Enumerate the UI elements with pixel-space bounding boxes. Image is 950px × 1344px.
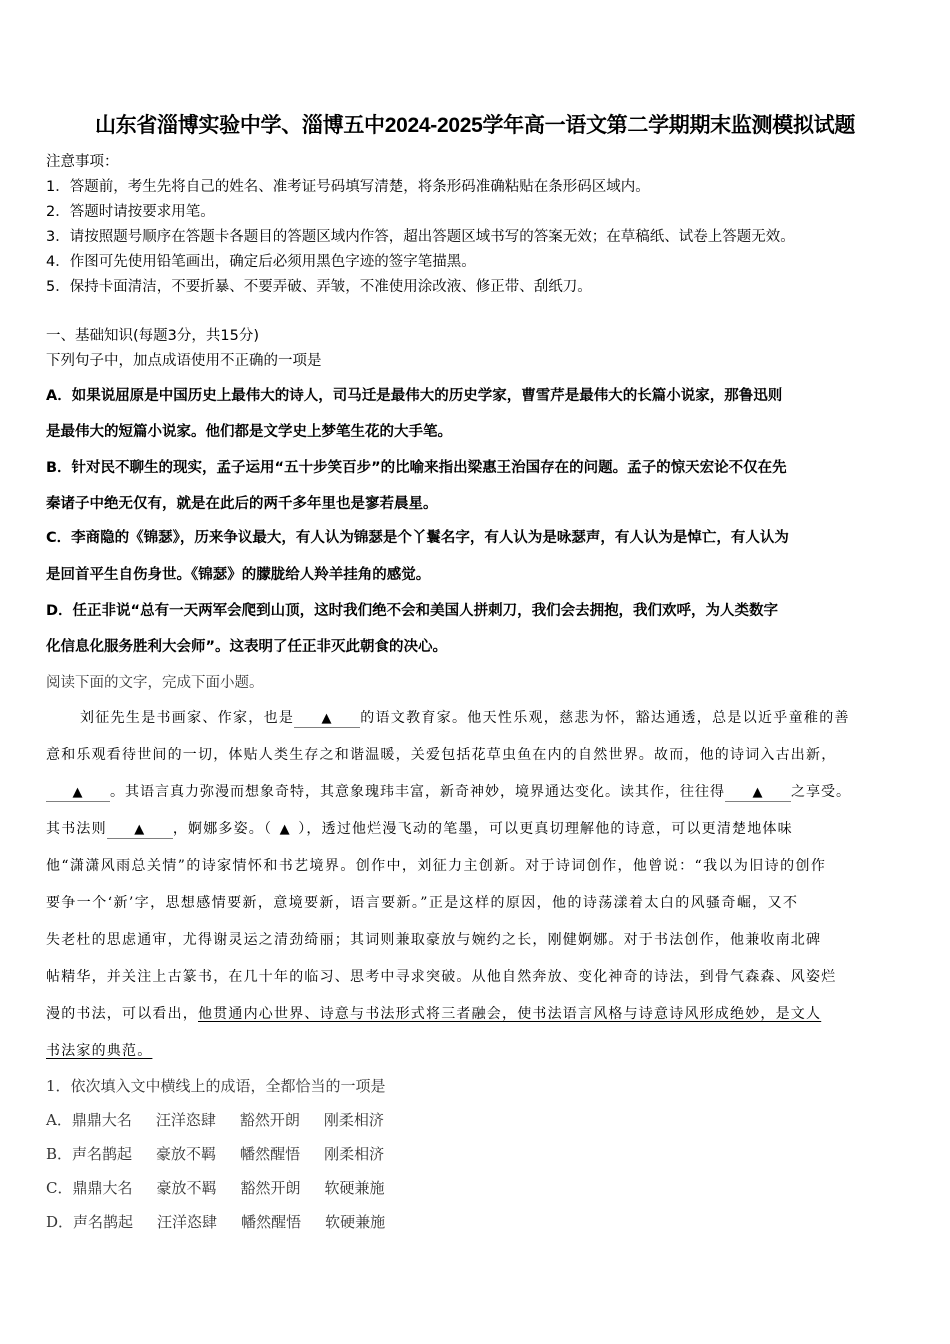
passage-line: 书法家的典范。 <box>46 1041 152 1061</box>
passage-line: 帖精华，并关注上古篆书，在几十年的临习、思考中寻求突破。从他自然奔放、变化神奇的… <box>46 967 836 987</box>
underlined-sentence-end: 书法家的典范。 <box>46 1043 152 1059</box>
passage-line: 其书法则▲，婀娜多姿。（▲），透过他烂漫飞动的笔墨，可以更真切理解他的诗意，可以… <box>46 819 793 840</box>
passage-line: 漫的书法，可以看出，他贯通内心世界、诗意与书法形式将三者融会，使书法语言风格与诗… <box>46 1004 821 1024</box>
notice-heading: 注意事项： <box>46 152 119 172</box>
notice-item: 2．答题时请按要求用笔。 <box>46 202 215 222</box>
passage-line: ▲。其语言真力弥漫而想象奇特，其意象瑰玮丰富，新奇神妙，境界通达变化。读其作，往… <box>46 782 851 802</box>
blank-4: ▲ <box>107 821 173 839</box>
underlined-sentence: 他贯通内心世界、诗意与书法形式将三者融会，使书法语言风格与诗意诗风形成绝妙，是文… <box>198 1006 821 1022</box>
triangle-marker-icon: ▲ <box>322 711 333 727</box>
option-b-line1: B．针对民不聊生的现实，孟子运用“五十步笑百步”的比喻来指出梁惠王治国存在的问题… <box>46 458 787 478</box>
q1-option-a: A．鼎鼎大名汪洋恣肆豁然开朗刚柔相济 <box>46 1110 408 1130</box>
option-b-line2: 秦诸子中绝无仅有，就是在此后的两千多年里也是寥若晨星。 <box>46 494 438 514</box>
triangle-marker-icon: ▲ <box>134 822 145 838</box>
q1-option-c: C．鼎鼎大名豪放不羁豁然开朗软硬兼施 <box>46 1178 409 1198</box>
blank-3: ▲ <box>725 784 791 802</box>
option-d-line2: 化信息化服务胜利大会师”。这表明了任正非灭此朝食的决心。 <box>46 637 447 657</box>
option-c-line1: C．李商隐的《锦瑟》，历来争议最大，有人认为锦瑟是个丫鬟名字，有人认为是咏瑟声，… <box>46 528 789 548</box>
triangle-marker-icon: ▲ <box>753 785 764 801</box>
notice-item: 5．保持卡面清洁，不要折暴、不要弄破、弄皱，不准使用涂改液、修正带、刮纸刀。 <box>46 277 592 297</box>
notice-item: 3．请按照题号顺序在答题卡各题目的答题区域内作答，超出答题区域书写的答案无效；在… <box>46 227 795 247</box>
q1-stem: 1．依次填入文中横线上的成语，全都恰当的一项是 <box>46 1076 386 1096</box>
exam-page: 山东省淄博实验中学、淄博五中2024-2025学年高一语文第二学期期末监测模拟试… <box>0 0 950 1344</box>
passage-line: 他“潇潇风雨总关情”的诗家情怀和书艺境界。创作中，刘征力主创新。对于诗词创作，他… <box>46 856 826 876</box>
q1-option-d: D．声名鹊起汪洋恣肆幡然醒悟软硬兼施 <box>46 1212 409 1232</box>
triangle-marker-icon: ▲ <box>280 820 291 840</box>
option-c-line2: 是回首平生自伤身世。《锦瑟》的朦胧给人羚羊挂角的感觉。 <box>46 565 430 585</box>
blank-1: ▲ <box>294 710 360 728</box>
blank-5: ▲ <box>272 819 298 840</box>
triangle-marker-icon: ▲ <box>73 785 84 801</box>
passage-line: 刘征先生是书画家、作家，也是▲的语文教育家。他天性乐观，慈悲为怀，豁达通透，总是… <box>80 708 850 728</box>
notice-item: 1．答题前，考生先将自己的姓名、准考证号码填写清楚，将条形码准确粘贴在条形码区域… <box>46 177 650 197</box>
reading-intro: 阅读下面的文字，完成下面小题。 <box>46 673 264 693</box>
passage-line: 失老杜的思虑通审，尤得谢灵运之清劲绮丽；其词则兼取豪放与婉约之长，刚健婀娜。对于… <box>46 930 821 950</box>
exam-title: 山东省淄博实验中学、淄博五中2024-2025学年高一语文第二学期期末监测模拟试… <box>0 112 950 140</box>
option-a-line2: 是最伟大的短篇小说家。他们都是文学史上梦笔生花的大手笔。 <box>46 422 452 442</box>
blank-2: ▲ <box>46 784 110 802</box>
passage-line: 意和乐观看待世间的一切，体贴人类生存之和谐温暖，关爱包括花草虫鱼在内的自然世界。… <box>46 745 836 765</box>
notice-item: 4．作图可先使用铅笔画出，确定后必须用黑色字迹的签字笔描黑。 <box>46 252 476 272</box>
passage-line: 要争一个‘新’字，思想感情要新，意境要新，语言要新。”正是这样的原因，他的诗荡漾… <box>46 893 798 913</box>
q1-option-b: B．声名鹊起豪放不羁幡然醒悟刚柔相济 <box>46 1144 408 1164</box>
section-heading: 一、基础知识(每题3分，共15分) <box>46 326 259 346</box>
question-stem: 下列句子中，加点成语使用不正确的一项是 <box>46 351 322 371</box>
option-d-line1: D．任正非说“总有一天两军会爬到山顶，这时我们绝不会和美国人拼刺刀，我们会去拥抱… <box>46 601 778 621</box>
option-a-line1: A．如果说屈原是中国历史上最伟大的诗人，司马迁是最伟大的历史学家，曹雪芹是最伟大… <box>46 386 782 406</box>
